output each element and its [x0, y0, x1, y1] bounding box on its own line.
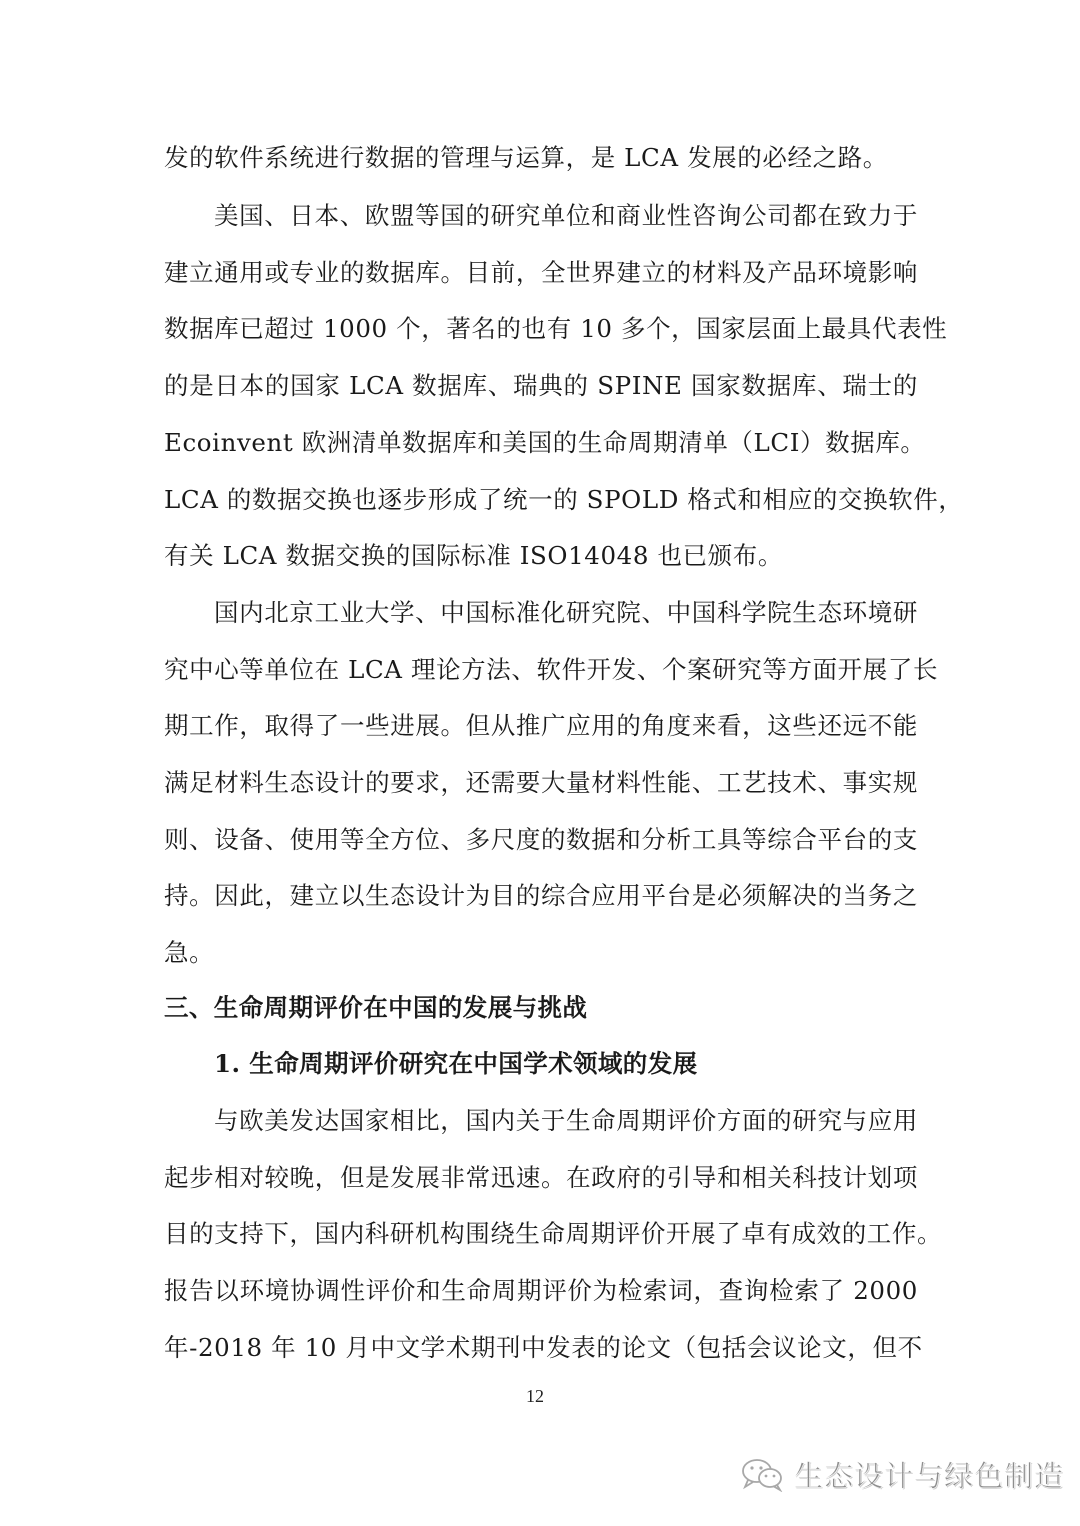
text-line: 数据库已超过 1000 个，著名的也有 10 多个，国家层面上最具代表性 — [164, 312, 918, 346]
text-line: 报告以环境协调性评价和生命周期评价为检索词，查询检索了 2000 — [164, 1274, 918, 1308]
text-line: 则、设备、使用等全方位、多尺度的数据和分析工具等综合平台的支 — [164, 823, 918, 857]
subsection-heading: 1. 生命周期评价研究在中国学术领域的发展 — [214, 1047, 918, 1081]
text-line: 美国、日本、欧盟等国的研究单位和商业性咨询公司都在致力于 — [214, 199, 918, 233]
document-page: 发的软件系统进行数据的管理与运算，是 LCA 发展的必经之路。 美国、日本、欧盟… — [0, 0, 1080, 1526]
watermark-text: 生态设计与绿色制造 — [794, 1454, 1064, 1495]
text-line: 年-2018 年 10 月中文学术期刊中发表的论文（包括会议论文，但不 — [164, 1331, 918, 1365]
wechat-icon — [740, 1456, 786, 1492]
text-line: 有关 LCA 数据交换的国际标准 ISO14048 也已颁布。 — [164, 539, 918, 573]
text-line: 国内北京工业大学、中国标准化研究院、中国科学院生态环境研 — [214, 596, 918, 630]
text-line: 持。因此，建立以生态设计为目的综合应用平台是必须解决的当务之 — [164, 879, 918, 913]
page-number: 12 — [526, 1384, 544, 1408]
text-line: 与欧美发达国家相比，国内关于生命周期评价方面的研究与应用 — [214, 1104, 918, 1138]
text-line: 急。 — [164, 936, 918, 970]
text-line: 究中心等单位在 LCA 理论方法、软件开发、个案研究等方面开展了长 — [164, 653, 918, 687]
text-line: 期工作，取得了一些进展。但从推广应用的角度来看，这些还远不能 — [164, 709, 918, 743]
text-line: 的是日本的国家 LCA 数据库、瑞典的 SPINE 国家数据库、瑞士的 — [164, 369, 918, 403]
watermark: 生态设计与绿色制造 — [740, 1452, 1064, 1496]
text-line: LCA 的数据交换也逐步形成了统一的 SPOLD 格式和相应的交换软件， — [164, 483, 918, 517]
text-line: 目的支持下，国内科研机构围绕生命周期评价开展了卓有成效的工作。 — [164, 1217, 918, 1251]
section-heading: 三、生命周期评价在中国的发展与挑战 — [164, 991, 918, 1025]
text-line: 建立通用或专业的数据库。目前，全世界建立的材料及产品环境影响 — [164, 256, 918, 290]
text-line: 满足材料生态设计的要求，还需要大量材料性能、工艺技术、事实规 — [164, 766, 918, 800]
text-line: 发的软件系统进行数据的管理与运算，是 LCA 发展的必经之路。 — [164, 141, 918, 175]
text-line: Ecoinvent 欧洲清单数据库和美国的生命周期清单（LCI）数据库。 — [164, 426, 918, 460]
text-line: 起步相对较晚，但是发展非常迅速。在政府的引导和相关科技计划项 — [164, 1161, 918, 1195]
